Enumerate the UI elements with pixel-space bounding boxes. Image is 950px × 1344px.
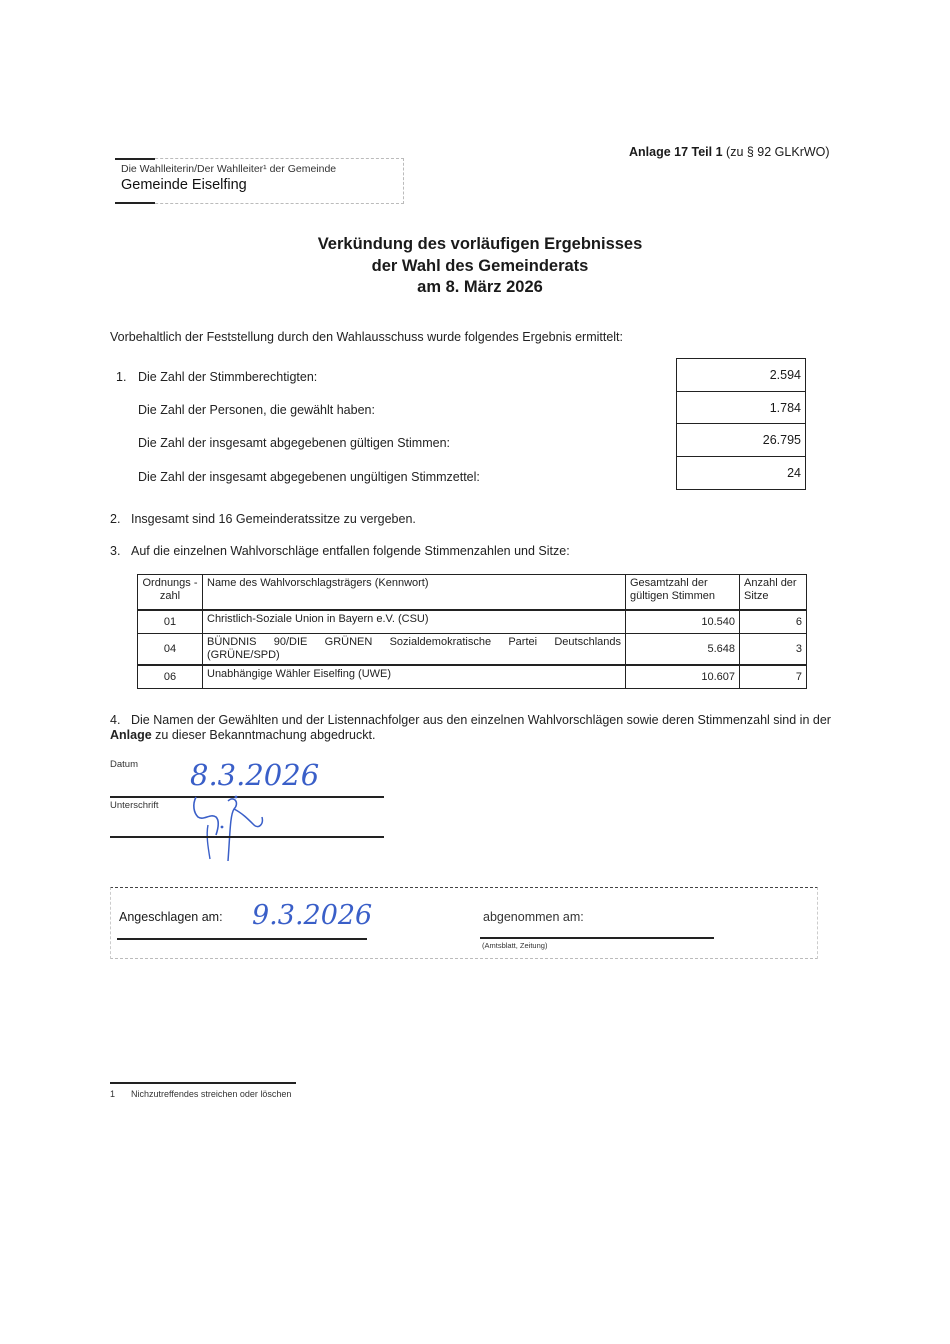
section-2-number: 2. bbox=[110, 512, 131, 526]
row-name: Christlich-Soziale Union in Bayern e.V. … bbox=[203, 610, 626, 634]
section-2-text: Insgesamt sind 16 Gemeinderatssitze zu v… bbox=[131, 512, 416, 526]
section-3-text: Auf die einzelnen Wahlvorschläge entfall… bbox=[131, 544, 570, 558]
results-table: Ordnungs - zahl Name des Wahlvorschlagst… bbox=[137, 574, 807, 689]
title-line-3: am 8. März 2026 bbox=[0, 277, 950, 299]
removed-date-line bbox=[480, 937, 714, 939]
signature-label: Unterschrift bbox=[110, 800, 159, 811]
section-1-number: 1. bbox=[116, 370, 126, 384]
footnote-text: Nichzutreffendes streichen oder löschen bbox=[131, 1089, 291, 1099]
row-name: BÜNDNIS 90/DIE GRÜNEN Sozialdemokratisch… bbox=[203, 634, 626, 666]
handwritten-signature bbox=[190, 795, 280, 865]
stat-label-eligible: Die Zahl der Stimmberechtigten: bbox=[138, 370, 317, 384]
title-line-1: Verkündung des vorläufigen Ergebnisses bbox=[0, 234, 950, 256]
document-title: Verkündung des vorläufigen Ergebnisses d… bbox=[0, 234, 950, 299]
removed-sublabel: (Amtsblatt, Zeitung) bbox=[482, 941, 547, 950]
stat-value-valid-votes: 26.795 bbox=[677, 424, 805, 457]
footnote: 1Nichzutreffendes streichen oder löschen bbox=[110, 1089, 291, 1099]
signature-line bbox=[110, 836, 384, 838]
row-seats: 3 bbox=[740, 634, 807, 666]
header-seats: Anzahl der Sitze bbox=[740, 575, 807, 611]
header-proposal-name: Name des Wahlvorschlagsträgers (Kennwort… bbox=[203, 575, 626, 611]
stats-value-box: 2.594 1.784 26.795 24 bbox=[676, 358, 806, 490]
row-votes: 10.607 bbox=[626, 665, 740, 689]
intro-text: Vorbehaltlich der Feststellung durch den… bbox=[110, 330, 623, 344]
stat-label-valid-votes: Die Zahl der insgesamt abgegebenen gülti… bbox=[138, 436, 450, 450]
stat-label-voters: Die Zahl der Personen, die gewählt haben… bbox=[138, 403, 375, 417]
annex-title: Anlage 17 Teil 1 bbox=[629, 145, 723, 159]
section-4-number: 4. bbox=[110, 713, 131, 728]
posted-date-line bbox=[117, 938, 367, 940]
row-votes: 5.648 bbox=[626, 634, 740, 666]
annex-reference: Anlage 17 Teil 1 (zu § 92 GLKrWO) bbox=[629, 145, 830, 159]
issuer-box: Die Wahlleiterin/Der Wahlleiter¹ der Gem… bbox=[115, 158, 404, 204]
section-3-number: 3. bbox=[110, 544, 131, 558]
table-row: 06 Unabhängige Wähler Eiselfing (UWE) 10… bbox=[138, 665, 807, 689]
annex-legal-ref: (zu § 92 GLKrWO) bbox=[726, 145, 830, 159]
issuer-box-top-rule bbox=[115, 158, 155, 160]
section-4-annex-word: Anlage bbox=[110, 728, 152, 742]
row-votes: 10.540 bbox=[626, 610, 740, 634]
table-row: 04 BÜNDNIS 90/DIE GRÜNEN Sozialdemokrati… bbox=[138, 634, 807, 666]
section-4: 4.Die Namen der Gewählten und der Listen… bbox=[110, 713, 855, 743]
handwritten-date: 8.3.2026 bbox=[190, 758, 319, 792]
section-4-text-end: zu dieser Bekanntmachung abgedruckt. bbox=[152, 728, 376, 742]
section-4-text-start: Die Namen der Gewählten und der Listenna… bbox=[131, 713, 831, 727]
section-3: 3.Auf die einzelnen Wahlvorschläge entfa… bbox=[110, 544, 570, 558]
row-seats: 7 bbox=[740, 665, 807, 689]
issuer-label: Die Wahlleiterin/Der Wahlleiter¹ der Gem… bbox=[121, 163, 336, 175]
header-order-number: Ordnungs - zahl bbox=[138, 575, 203, 611]
stat-value-voters: 1.784 bbox=[677, 392, 805, 425]
row-seats: 6 bbox=[740, 610, 807, 634]
footnote-mark: 1 bbox=[110, 1089, 131, 1099]
stat-value-invalid-ballots: 24 bbox=[677, 457, 805, 490]
issuer-box-bottom-rule bbox=[115, 202, 155, 204]
handwritten-posted-date: 9.3.2026 bbox=[252, 900, 372, 931]
posted-label: Angeschlagen am: bbox=[119, 910, 223, 924]
stat-value-eligible: 2.594 bbox=[677, 359, 805, 392]
title-line-2: der Wahl des Gemeinderats bbox=[0, 256, 950, 278]
results-table-header: Ordnungs - zahl Name des Wahlvorschlagst… bbox=[138, 575, 807, 611]
row-name: Unabhängige Wähler Eiselfing (UWE) bbox=[203, 665, 626, 689]
header-valid-votes: Gesamtzahl der gültigen Stimmen bbox=[626, 575, 740, 611]
date-label: Datum bbox=[110, 759, 138, 770]
row-order: 06 bbox=[138, 665, 203, 689]
row-order: 01 bbox=[138, 610, 203, 634]
section-2: 2.Insgesamt sind 16 Gemeinderatssitze zu… bbox=[110, 512, 416, 526]
issuer-name: Gemeinde Eiselfing bbox=[121, 177, 247, 193]
table-row: 01 Christlich-Soziale Union in Bayern e.… bbox=[138, 610, 807, 634]
row-order: 04 bbox=[138, 634, 203, 666]
footnote-rule bbox=[110, 1082, 296, 1084]
removed-label: abgenommen am: bbox=[483, 910, 584, 924]
stat-label-invalid-ballots: Die Zahl der insgesamt abgegebenen ungül… bbox=[138, 470, 480, 484]
